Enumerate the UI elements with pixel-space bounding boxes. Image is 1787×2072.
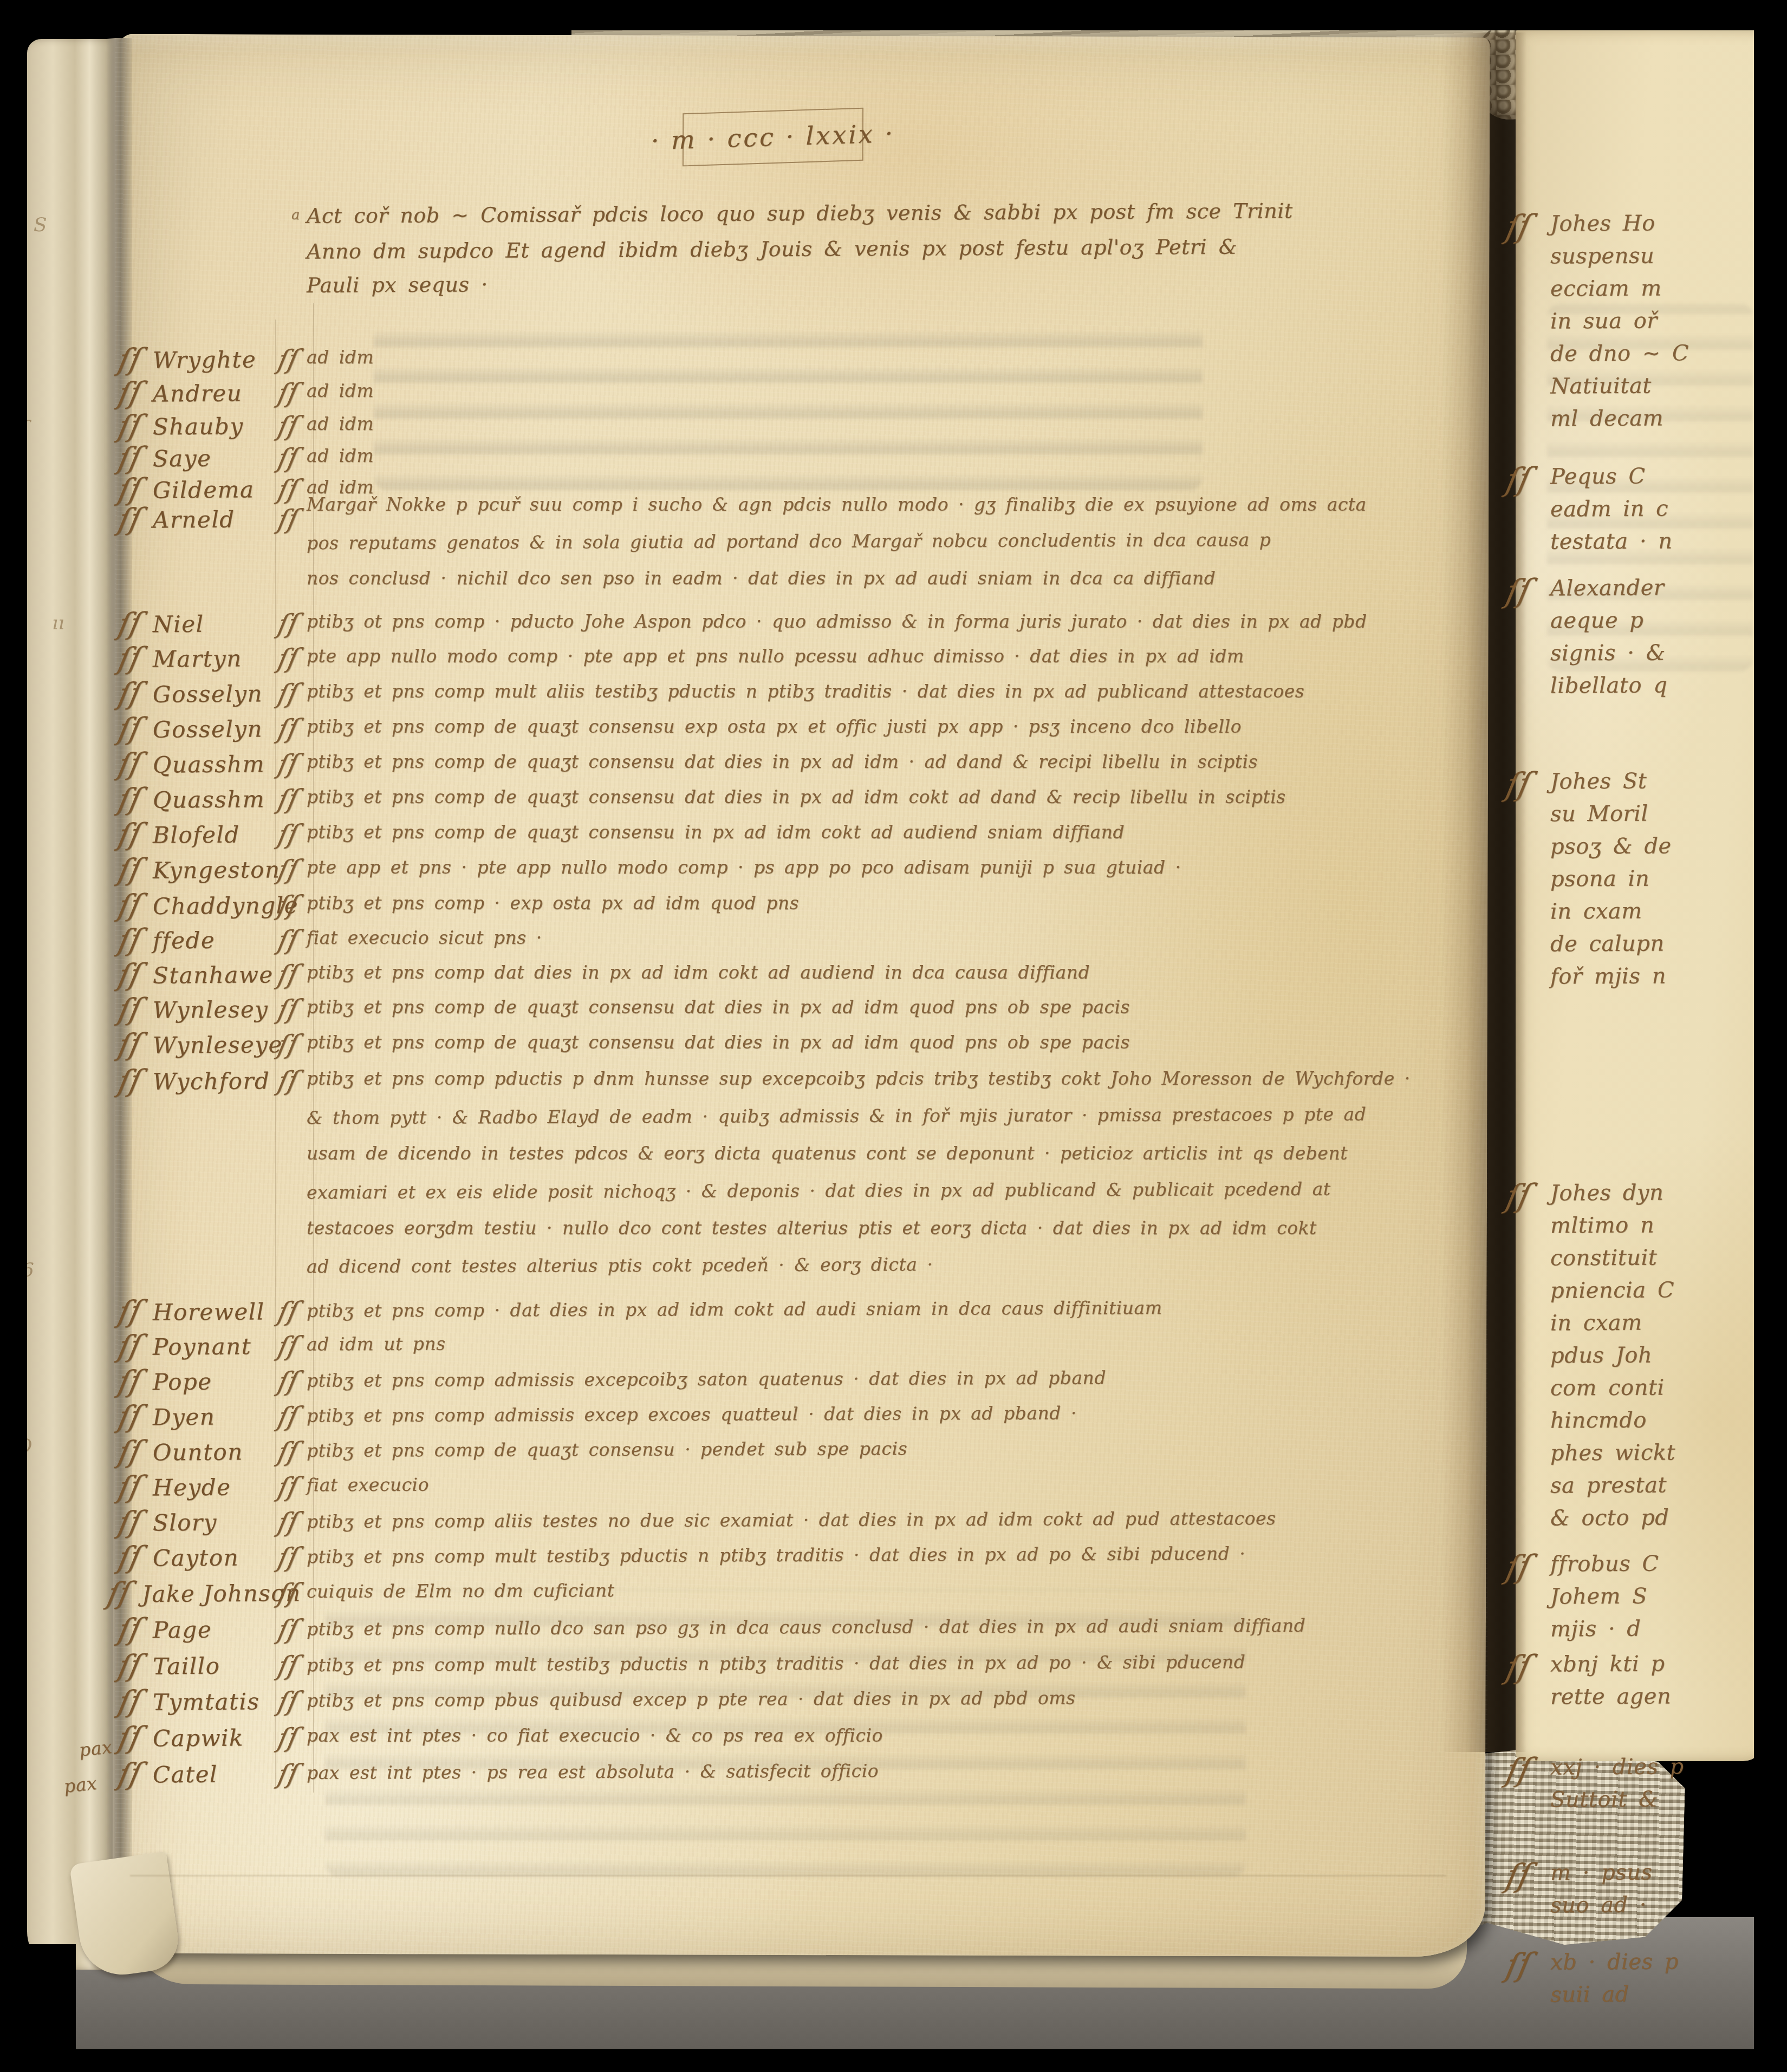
paraph-mark: ſſ <box>115 1469 145 1504</box>
fragment-text-line: Johem S <box>1550 1584 1647 1610</box>
entry-text-line: ptibʒ et pns comp pbus quibusd excep p p… <box>307 1687 1076 1711</box>
fragment-text-line: in cxam <box>1550 1311 1642 1336</box>
entry-text-line: pte app et pns · pte app nullo modo comp… <box>307 857 1181 878</box>
paraph-mark: ſſ <box>275 643 302 674</box>
fragment-text-line: com conti <box>1550 1375 1665 1400</box>
fragment-text-line: Johes dyn <box>1550 1180 1664 1206</box>
fragment-text-line: ml decam <box>1550 406 1663 431</box>
entry-name: Dyen <box>153 1404 216 1431</box>
paraph-mark: ſſ <box>115 1399 145 1434</box>
entry-text-line: ad dicend cont testes alterius ptis cokt… <box>307 1254 933 1277</box>
paraph-mark: ſſ <box>275 1401 302 1432</box>
entry-text-line: ptibʒ et pns comp mult testibʒ pductis n… <box>307 1651 1245 1676</box>
entry-name: Gosselyn <box>153 680 263 707</box>
fragment-text-line: foř mjis n <box>1550 963 1666 989</box>
entry-name: Cayton <box>153 1544 239 1571</box>
paraph-mark: ſſ <box>275 994 302 1025</box>
entry-name: Wryghte <box>153 346 257 373</box>
fragment-text-line: xbnj kti p <box>1550 1651 1665 1677</box>
entry-name: ffede <box>153 927 216 954</box>
paraph-mark: ſſ <box>275 713 302 744</box>
fragment-text-line: pniencia C <box>1550 1278 1674 1303</box>
entry-name: Capwik <box>153 1724 244 1751</box>
fragment-text-line: suo ad · <box>1550 1893 1647 1918</box>
paraph-mark: ſſ <box>115 641 145 675</box>
fragment-text-line: pdus Joh <box>1550 1343 1652 1369</box>
paraph-mark: ſſ <box>275 1542 302 1573</box>
fragment-text-line: mltimo n <box>1550 1213 1654 1238</box>
fragment-text-line: xxj · dies p <box>1550 1754 1684 1780</box>
fragment-text-line: Pequs C <box>1550 464 1646 490</box>
entry-name: Heyde <box>153 1474 231 1501</box>
entry-text-line: ptibʒ et pns comp de quaʒt consensu dat … <box>307 786 1286 807</box>
paraph-mark: ſſ <box>115 1063 145 1098</box>
paraph-mark: ſſ <box>275 442 302 473</box>
paraph-mark: ſſ <box>115 676 145 711</box>
paraph-mark: ſſ <box>275 1436 302 1467</box>
entry-name: Quasshm <box>153 786 265 813</box>
entry-text-line: ptibʒ et pns comp de quaʒt consensu · pe… <box>307 1438 907 1461</box>
paraph-mark: ſſ <box>1503 765 1535 803</box>
entry-name: Arneld <box>153 506 235 533</box>
entry-text-line: examiari et ex eis elide posit nichoqʒ ·… <box>307 1178 1331 1203</box>
fragment-text-line: Johes St <box>1550 769 1647 794</box>
entry-name: Martyn <box>153 645 242 672</box>
entry-name: Horewell <box>153 1298 265 1325</box>
entry-name: Saye <box>153 445 212 472</box>
entry-text-line: ptibʒ et pns comp de quaʒt consensu in p… <box>307 822 1125 843</box>
paraph-mark: ſſ <box>115 1756 145 1791</box>
paraph-mark: ſſ <box>115 1294 145 1328</box>
paraph-mark: ſſ <box>1503 1946 1535 1983</box>
pax-margin-note: pax <box>63 1773 98 1797</box>
entry-text-line: ptibʒ et pns comp de quaʒt consensu exp … <box>307 716 1242 737</box>
paraph-mark: ſſ <box>115 1648 145 1683</box>
entry-text-line: ptibʒ et pns comp de quaʒt consensu dat … <box>307 751 1258 772</box>
paraph-mark: ſſ <box>1503 572 1535 609</box>
paraph-mark: ſſ <box>275 1366 302 1397</box>
paraph-mark: ſſ <box>115 375 145 410</box>
paraph-mark: ſſ <box>115 922 145 957</box>
paraph-mark: ſſ <box>275 1650 302 1681</box>
paraph-mark: ſſ <box>275 1722 302 1753</box>
handwritten-text-layer: aAct coř nob ~ Comissař pdcis loco quo s… <box>0 0 1787 2072</box>
entry-text-line: ad idm <box>307 347 374 368</box>
paraph-mark: ſſ <box>275 1686 302 1717</box>
entry-text-line: usam de dicendo in testes pdcos & eorʒ d… <box>307 1143 1348 1164</box>
fragment-text-line: constituit <box>1550 1245 1658 1270</box>
paraph-mark: ſſ <box>1503 460 1535 498</box>
entry-text-line: ptibʒ et pns comp · dat dies in px ad id… <box>307 1297 1162 1321</box>
entry-text-line: ad idm <box>307 413 374 434</box>
fragment-text-line: psona in <box>1550 866 1649 892</box>
paraph-mark: ſſ <box>115 888 145 922</box>
fragment-text-line: Johes Ho <box>1550 211 1655 236</box>
photo-border <box>1754 0 1787 2072</box>
fragment-text-line: Suttoit & <box>1550 1787 1658 1812</box>
paraph-mark: ſſ <box>115 1684 145 1718</box>
entry-text-line: fiat execucio sicut pns · <box>307 927 542 948</box>
entry-name: Shauby <box>153 413 244 440</box>
paraph-mark: ſſ <box>275 1331 302 1361</box>
paraph-mark: ſſ <box>275 1758 302 1789</box>
paraph-mark: ſſ <box>275 1065 302 1096</box>
fragment-text-line: eadm in c <box>1550 496 1668 522</box>
paraph-mark: ſſ <box>115 1504 145 1539</box>
entry-text-line: ptibʒ ot pns comp · pducto Johe Aspon pd… <box>307 611 1367 632</box>
photo-border <box>0 2049 1787 2072</box>
fragment-text-line: phes wickt <box>1550 1440 1675 1465</box>
entry-text-line: ptibʒ et pns comp admissis excepcoibʒ sa… <box>307 1367 1106 1391</box>
paraph-mark: ſſ <box>275 1471 302 1502</box>
paraph-mark: ſſ <box>115 746 145 781</box>
fragment-text-line: signis · & <box>1550 640 1666 666</box>
entry-text-line: ptibʒ et pns comp admissis excep excoes … <box>307 1403 1077 1426</box>
entry-text-line: Margař Nokke p pcuř suu comp i sucho & a… <box>307 494 1367 515</box>
fragment-text-line: Natiuitat <box>1550 374 1652 399</box>
paraph-mark: ſſ <box>115 1612 145 1646</box>
paraph-mark: ſſ <box>275 377 302 408</box>
paraph-mark: ſſ <box>275 608 302 639</box>
entry-text-line: fiat execucio <box>307 1474 429 1496</box>
entry-text-line: ptibʒ et pns comp aliis testes no due si… <box>307 1508 1276 1532</box>
entry-name: Wychford <box>153 1067 270 1095</box>
fragment-text-line: & octo pd <box>1550 1505 1669 1530</box>
entry-name: Stanhawe <box>153 961 274 989</box>
entry-text-line: nos conclusd · nichil dco sen pso in ead… <box>307 568 1216 589</box>
paraph-mark: ſſ <box>115 501 145 536</box>
pax-margin-note: pax <box>78 1736 113 1761</box>
paraph-mark: ſſ <box>1503 1177 1535 1214</box>
intro-mark: a <box>291 207 300 223</box>
entry-text-line: ptibʒ et pns comp de quaʒt consensu dat … <box>307 996 1130 1018</box>
intro-line: Act coř nob ~ Comissař pdcis loco quo su… <box>307 199 1293 228</box>
entry-name: Blofeld <box>153 821 240 848</box>
fragment-text-line: in sua oř <box>1550 308 1658 334</box>
intro-line: Pauli px sequs · <box>307 272 488 297</box>
entry-name: Pope <box>153 1369 212 1396</box>
entry-text-line: ptibʒ et pns comp nullo dco san pso gʒ i… <box>307 1615 1305 1639</box>
paraph-mark: ſſ <box>115 606 145 641</box>
entry-text-line: ad idm ut pns <box>307 1333 446 1355</box>
entry-text-line: testacoes eorʒdm testiu · nullo dco cont… <box>307 1217 1317 1239</box>
entry-name: Slory <box>153 1509 217 1536</box>
paraph-mark: ſſ <box>115 342 145 376</box>
paraph-mark: ſſ <box>1503 1751 1535 1788</box>
paraph-mark: ſſ <box>115 781 145 816</box>
fragment-text-line: libellato q <box>1550 673 1668 698</box>
paraph-mark: ſſ <box>115 957 145 992</box>
paraph-mark: ſſ <box>115 817 145 851</box>
paraph-mark: ſſ <box>275 504 302 535</box>
entry-text-line: ptibʒ et pns comp · exp osta px ad idm q… <box>307 892 799 914</box>
entry-text-line: & thom pytt · & Radbo Elayd de eadm · qu… <box>307 1104 1366 1129</box>
fragment-text-line: m · psus <box>1550 1860 1653 1886</box>
fragment-text-line: Alexander <box>1550 575 1665 601</box>
entry-text-line: ptibʒ et pns comp mult testibʒ pductis n… <box>307 1543 1245 1567</box>
entry-name: Tymtatis <box>153 1688 260 1715</box>
entry-text-line: ad idm <box>307 380 374 401</box>
photo-border <box>0 0 27 2072</box>
paraph-mark: ſſ <box>115 1027 145 1061</box>
paraph-mark: ſſ <box>115 1434 145 1469</box>
fragment-text-line: testata · n <box>1550 529 1673 554</box>
fragment-text-line: psoʒ & de <box>1550 833 1672 859</box>
entry-name: Gosselyn <box>153 715 263 742</box>
entry-text-line: pax est int ptes · ps rea est absoluta ·… <box>307 1760 879 1783</box>
fragment-text-line: de dno ~ C <box>1550 341 1689 366</box>
entry-name: Wynleseye <box>153 1031 283 1059</box>
fragment-text-line: de calupn <box>1550 931 1665 956</box>
paraph-mark: ſſ <box>275 411 302 441</box>
entry-text-line: ptibʒ et pns comp pductis p dnm hunsse s… <box>307 1068 1411 1089</box>
fragment-text-line: su Moril <box>1550 802 1648 827</box>
entry-name: Wynlesey <box>153 996 269 1023</box>
entry-text-line: pax est int ptes · co fiat execucio · & … <box>307 1725 883 1746</box>
fragment-text-line: ffrobus C <box>1550 1551 1659 1576</box>
paraph-mark: ſſ <box>115 408 145 443</box>
fragment-text-line: suii ad <box>1550 1982 1629 2008</box>
photo-border <box>0 0 1787 30</box>
entry-name: Page <box>153 1617 212 1644</box>
entry-name: Niel <box>153 611 204 638</box>
fragment-text-line: ecciam m <box>1550 276 1662 301</box>
entry-text-line: ptibʒ et pns comp mult aliis testibʒ pdu… <box>307 681 1304 702</box>
paraph-mark: ſſ <box>1503 1548 1535 1585</box>
paraph-mark: ſſ <box>105 1575 134 1610</box>
fragment-text-line: in cxam <box>1550 899 1642 924</box>
entry-name: Taillo <box>153 1653 220 1680</box>
paraph-mark: ſſ <box>275 748 302 779</box>
paraph-mark: ſſ <box>275 1507 302 1537</box>
entry-name: Poynant <box>153 1333 251 1360</box>
stray-ink-mark: S <box>34 214 47 236</box>
intro-line: Anno dm supdco Et agend ibidm diebʒ Joui… <box>307 235 1237 264</box>
entry-text-line: ptibʒ et pns comp dat dies in px ad idm … <box>307 962 1090 983</box>
fragment-text-line: suspensu <box>1550 243 1654 269</box>
manuscript-photo: · m · ccc · lxxix · aAct coř nob ~ Comis… <box>0 0 1787 2072</box>
entry-name: Ounton <box>153 1438 243 1465</box>
entry-name: Quasshm <box>153 751 265 778</box>
entry-name: Gildema <box>153 476 255 503</box>
paraph-mark: ſſ <box>115 1364 145 1398</box>
paraph-mark: ſſ <box>275 924 302 955</box>
entry-name: Kyngeston <box>153 856 281 884</box>
stray-ink-mark: ıı <box>52 612 64 634</box>
paraph-mark: ſſ <box>115 992 145 1026</box>
paraph-mark: ſſ <box>275 784 302 815</box>
paraph-mark: ſſ <box>275 678 302 709</box>
entry-text-line: pos reputams genatos & in sola giutia ad… <box>307 529 1271 553</box>
fragment-text-line: aeque p <box>1550 608 1644 634</box>
paraph-mark: ſſ <box>115 1720 145 1755</box>
fragment-text-line: xb · dies p <box>1550 1949 1679 1975</box>
paraph-mark: ſſ <box>1503 1648 1535 1685</box>
entry-text-line: pte app nullo modo comp · pte app et pns… <box>307 646 1244 667</box>
fragment-text-line: hincmdo <box>1550 1408 1647 1434</box>
paraph-mark: ſſ <box>115 711 145 746</box>
paraph-mark: ſſ <box>275 344 302 375</box>
paraph-mark: ſſ <box>275 474 302 505</box>
entry-name: Catel <box>153 1761 218 1788</box>
entry-text-line: ptibʒ et pns comp de quaʒt consensu dat … <box>307 1032 1130 1053</box>
fragment-text-line: rette agen <box>1550 1684 1671 1709</box>
entry-text-line: ad idm <box>307 445 374 466</box>
paraph-mark: ſſ <box>275 959 302 990</box>
paraph-mark: ſſ <box>115 852 145 887</box>
entry-text-line: cuiquis de Elm no dm cuficiant <box>307 1580 615 1602</box>
paraph-mark: ſſ <box>115 1540 145 1574</box>
fragment-text-line: mjis · d <box>1550 1617 1641 1642</box>
fragment-text-line: sa prestat <box>1550 1472 1667 1498</box>
paraph-mark: ſſ <box>1503 207 1535 245</box>
photo-border <box>0 1944 76 2072</box>
paraph-mark: ſſ <box>275 1296 302 1327</box>
paraph-mark: ſſ <box>275 819 302 850</box>
paraph-mark: ſſ <box>1503 1856 1535 1894</box>
entry-name: Andreu <box>153 380 243 407</box>
paraph-mark: ſſ <box>275 1614 302 1645</box>
paraph-mark: ſſ <box>115 1328 145 1363</box>
paraph-mark: ſſ <box>115 440 145 475</box>
